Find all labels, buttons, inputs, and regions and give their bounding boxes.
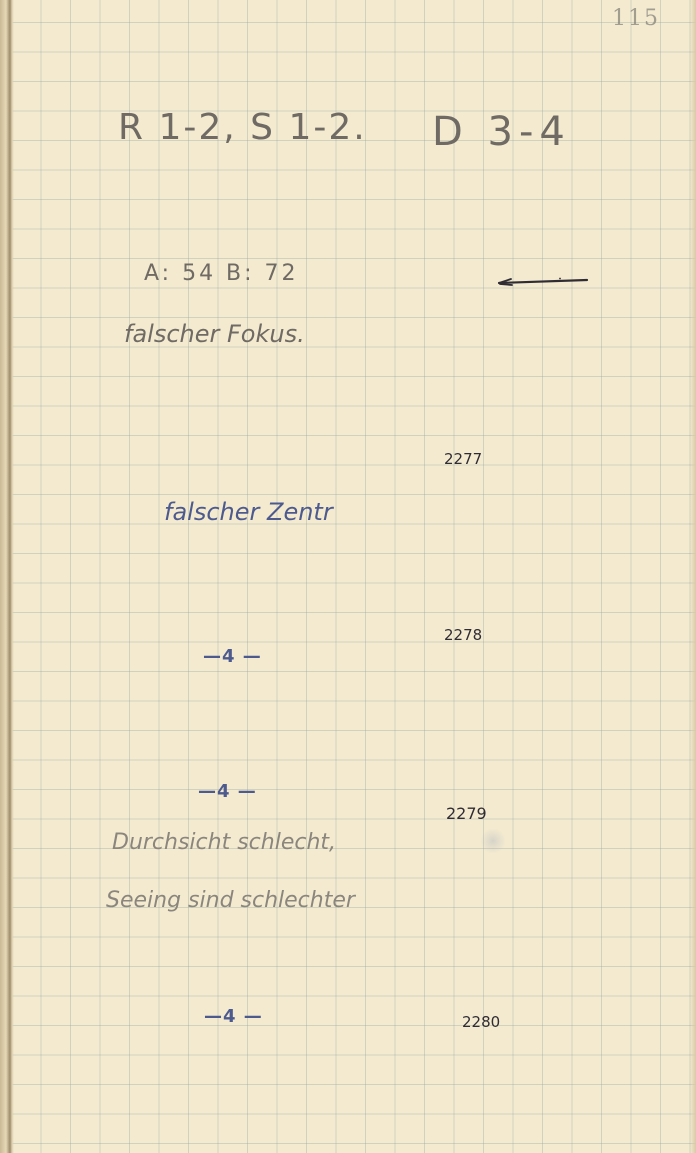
observation-mark-2280: —4 — (204, 1008, 263, 1026)
observation-number-2280: 2280 (462, 1015, 500, 1030)
observation-mark-2278: —4 — (203, 648, 262, 666)
note-falscher-fokus: falscher Fokus. (124, 322, 305, 346)
page-binding-edge (0, 0, 14, 1153)
ink-smudge (480, 828, 506, 854)
notebook-page: 115 R 1-2, S 1-2. D 3-4 A: 54 B: 72 fals… (0, 0, 696, 1153)
header-left-text: R 1-2, S 1-2. (118, 110, 367, 146)
observation-mark-2279: —4 — (198, 783, 257, 801)
header-right-text: D 3-4 (432, 112, 571, 152)
observation-number-2279: 2279 (446, 806, 487, 822)
note-seeing-schlechter: Seeing sind schlechter (106, 890, 355, 912)
measurement-values: A: 54 B: 72 (144, 263, 299, 285)
page-number: 115 (612, 8, 660, 30)
observation-number-2277: 2277 (444, 452, 482, 467)
left-arrow-icon (497, 277, 589, 287)
note-durchsicht-schlecht: Durchsicht schlecht, (112, 832, 336, 854)
page-right-edge (690, 0, 696, 1153)
observation-number-2278: 2278 (444, 628, 482, 643)
note-falscher-zentr: falscher Zentr (164, 500, 333, 524)
